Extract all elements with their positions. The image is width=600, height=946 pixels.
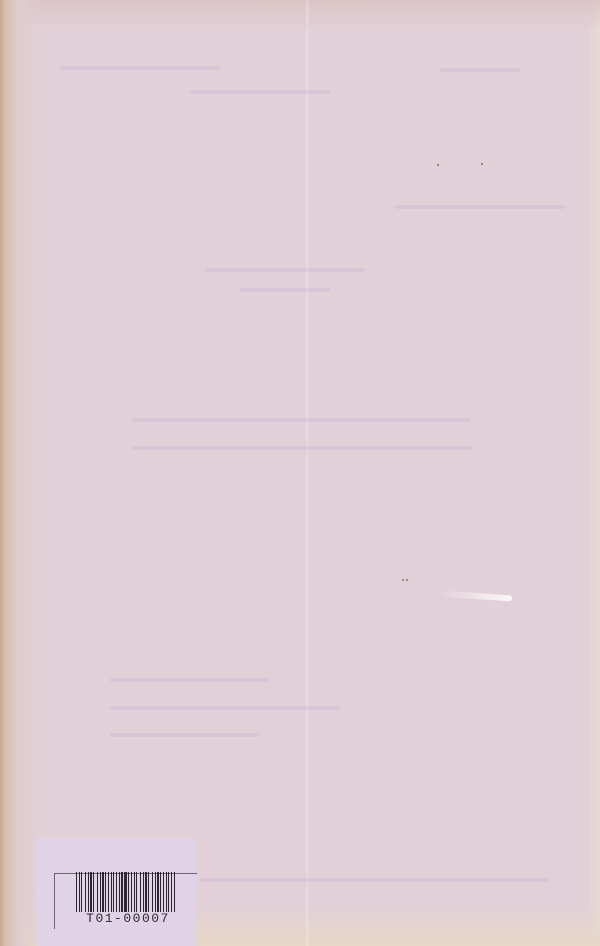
paper-speck [406,579,408,581]
scanned-page [0,0,600,946]
bleed-through-line [440,68,520,72]
bleed-through-line [395,205,565,209]
bleed-through-line [132,418,470,422]
bleed-through-line [200,878,550,882]
bleed-through-line [110,733,260,737]
barcode-code-text: T01-00007 [72,911,184,926]
barcode-label: T01-00007 [36,838,196,946]
paper-speck [481,163,483,165]
barcode-icon [76,872,178,912]
bleed-through-line [110,706,340,710]
bleed-through-line [190,90,330,94]
bleed-through-line [205,268,365,272]
paper-speck [437,164,439,166]
bleed-through-line [110,678,270,682]
scan-light-streak [440,590,512,601]
page-fold-line [306,0,309,946]
bleed-through-line [240,288,330,292]
bleed-through-line [132,446,472,450]
paper-speck [402,579,404,581]
bleed-through-line [60,66,220,70]
